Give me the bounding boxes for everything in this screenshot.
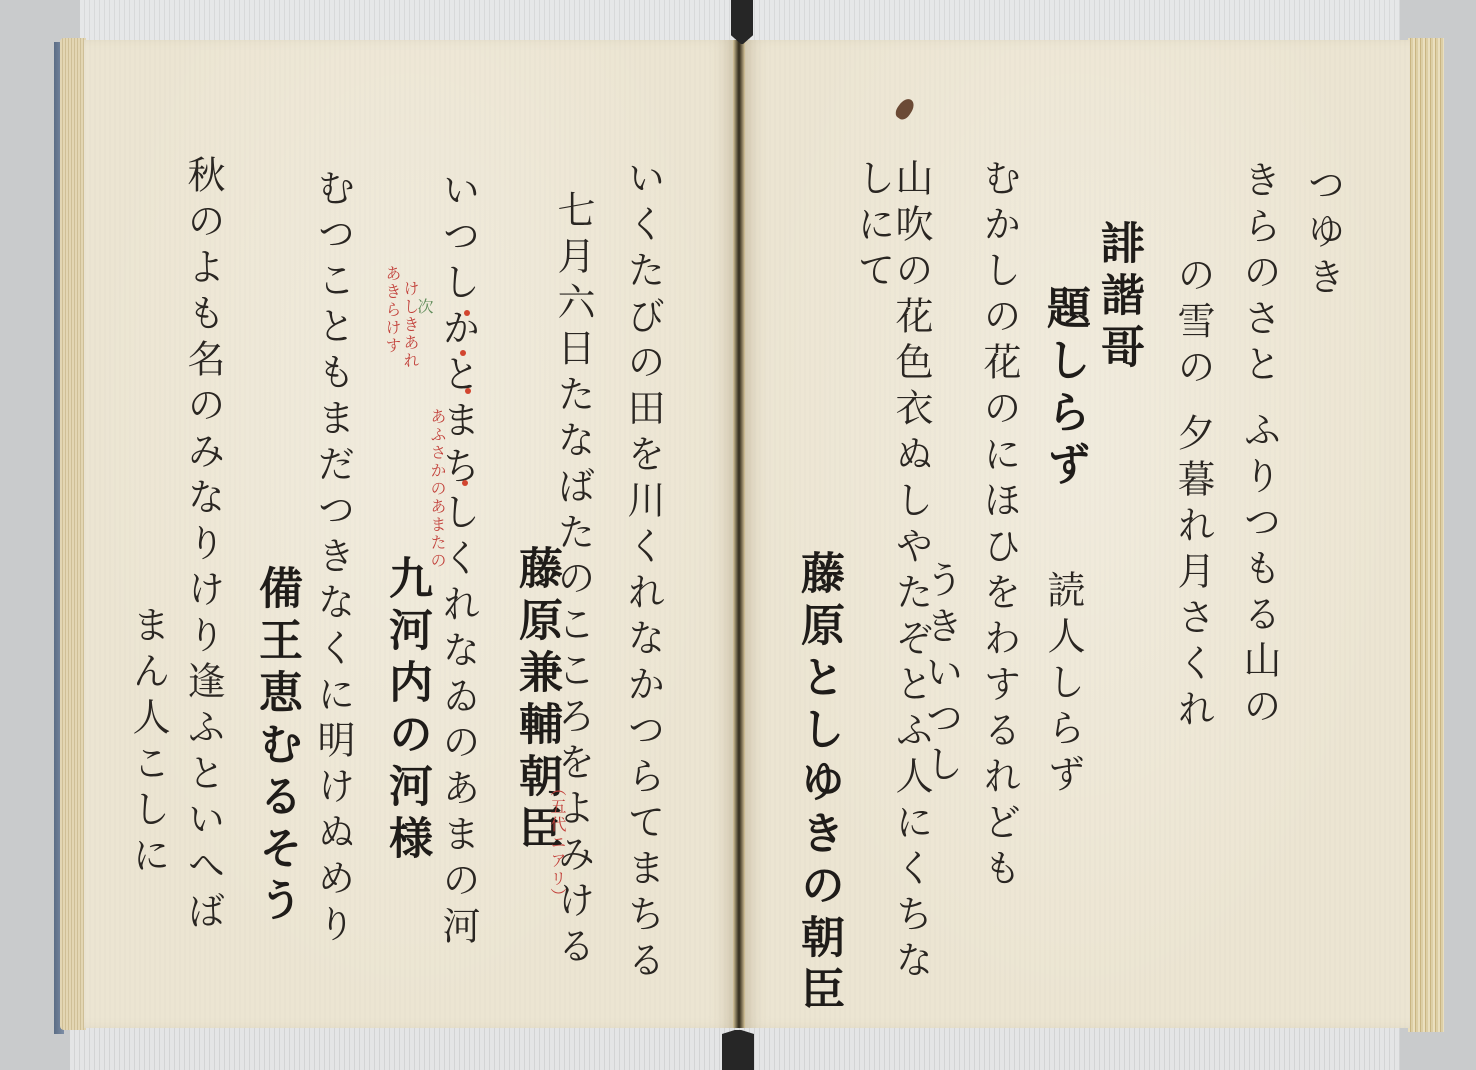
red-mark-dot [465, 388, 471, 394]
bookmark-ribbon-top [731, 0, 753, 44]
poem-title: 題しらず [1042, 285, 1086, 493]
author-name: 藤原としゆきの朝臣 [796, 550, 840, 1018]
author-name: 九河内の河様 [384, 555, 428, 867]
author-name: 備王恵むるそう [254, 565, 298, 929]
text-column: 山吹の花色衣ぬしやたぞとふ人にくちなしにて [854, 158, 930, 1028]
red-mark-dot [460, 350, 466, 356]
left-page: いくたびの田を川くれなかつらてまちる 七月六日たなばたのこころをよみける 藤原兼… [84, 40, 734, 1028]
ink-blot [893, 96, 917, 122]
text-column: まん人こしに [129, 605, 167, 881]
bookmark-ribbon-bottom [722, 1030, 754, 1070]
text-column: 読人しらず [1044, 570, 1082, 800]
red-annotation: けしきあれ [402, 280, 418, 370]
red-annotation: （五代ニアリ） [549, 780, 565, 906]
book-gutter [733, 40, 745, 1028]
green-annotation: 次 [416, 298, 432, 322]
red-mark-dot [462, 480, 468, 486]
text-column: いくたびの田を川くれなかつらてまちる [624, 158, 662, 986]
text-column: きらのさと ふりつもる山の [1240, 160, 1278, 732]
section-heading: 誹諧哥 [1096, 220, 1140, 376]
page-stack-right [1408, 38, 1444, 1032]
page-stack-left [60, 38, 86, 1030]
red-annotation: あふさかのあまたの [429, 408, 445, 570]
text-column: 秋のよも名のみなりけり逢ふといへば [184, 155, 222, 937]
right-page: きらのさと ふりつもる山の の雪の 夕暮れ月さくれ つゆき 誹諧哥 題しらず 読… [744, 40, 1410, 1028]
text-column: つゆき [1304, 165, 1342, 303]
red-annotation: あきらけす [384, 265, 400, 355]
text-column: むかしの花のにほひをわするれども [980, 158, 1018, 894]
text-column: むつこともまだつきなくに明けぬめり [314, 168, 352, 950]
red-mark-dot [464, 310, 470, 316]
text-column: の雪の 夕暮れ月さくれ [1174, 255, 1212, 735]
